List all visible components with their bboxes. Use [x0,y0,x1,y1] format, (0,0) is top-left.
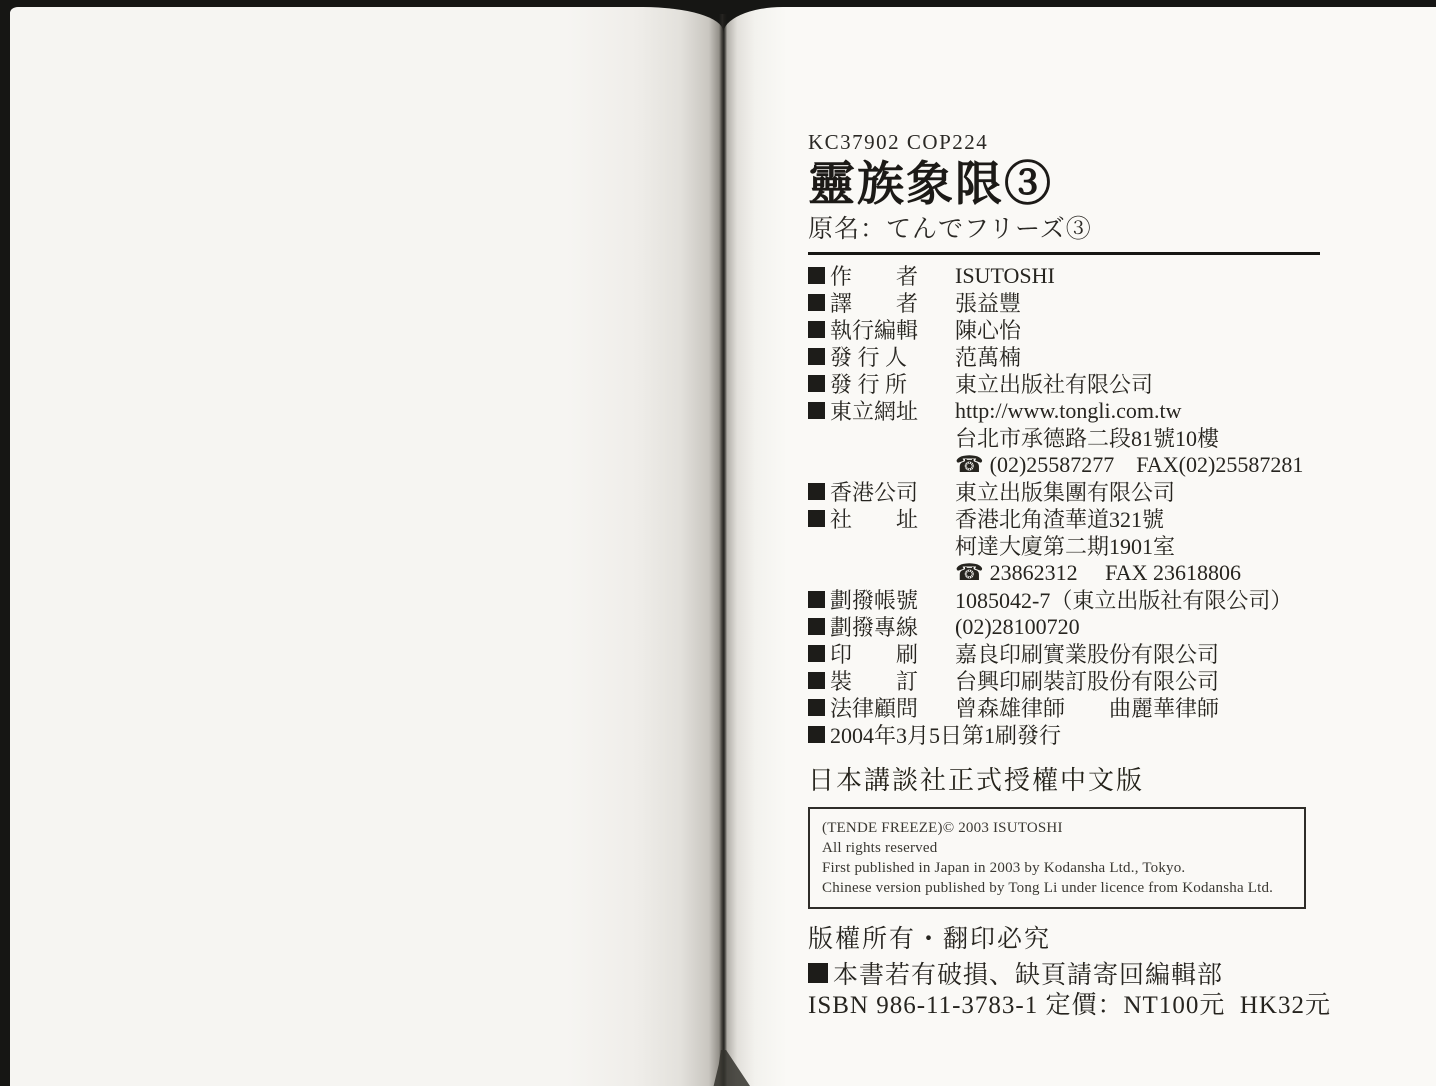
bullet-square-icon [808,294,825,311]
copyright-line: (TENDE FREEZE)© 2003 ISUTOSHI [822,818,1292,838]
row-hk-phone: ☎ 23862312 FAX 23618806 [808,559,1353,586]
row-value: 23862312 FAX 23618806 [990,560,1241,586]
catalog-code: KC37902 COP224 [808,129,1353,155]
row-taipei-address: 台北市承德路二段81號10樓 [808,424,1353,451]
copyright-box: (TENDE FREEZE)© 2003 ISUTOSHI All rights… [808,807,1306,909]
isbn-price-line: ISBN 986-11-3783-1 定價：NT100元 HK32元 [808,989,1353,1022]
row-publisher-person: 發 行 人 范萬楠 [808,343,1353,370]
bullet-square-icon [808,963,828,983]
left-blank-page [10,7,723,1086]
row-legal-advisors: 法律顧問 曾森雄律師 曲麗華律師 [808,694,1353,721]
bullet-square-icon [808,672,825,689]
bullet-square-icon [808,402,825,419]
bullet-square-icon [808,483,825,500]
row-hongkong-company: 香港公司 東立出版集團有限公司 [808,478,1353,505]
bullet-square-icon [808,591,825,608]
bullet-square-icon [808,618,825,635]
row-value: (02)25587277 FAX(02)25587281 [990,452,1304,478]
damage-note-text: 本書若有破損、缺頁請寄回編輯部 [833,955,1223,991]
copyright-line: Chinese version published by Tong Li und… [822,878,1292,898]
row-print-date: 2004年3月5日第1刷發行 [808,721,1353,748]
row-label: 東立網址 [830,395,955,426]
rights-statement: 版權所有・翻印必究 [808,923,1353,956]
row-hk-address-2: 柯達大廈第二期1901室 [808,532,1353,559]
bullet-square-icon [808,726,825,743]
row-value: 2004年3月5日第1刷發行 [830,719,1061,750]
bullet-square-icon [808,699,825,716]
row-label: 社 址 [830,503,955,534]
row-executive-editor: 執行編輯 陳心怡 [808,316,1353,343]
row-value: 台北市承德路二段81號10樓 [955,422,1219,453]
copyright-line: All rights reserved [822,838,1292,858]
title-divider [808,252,1320,255]
bullet-square-icon [808,321,825,338]
row-value: 東立出版社有限公司 [955,368,1153,399]
license-heading: 日本講談社正式授權中文版 [808,764,1353,798]
telephone-icon: ☎ [955,452,984,478]
row-taipei-phone: ☎ (02)25587277 FAX(02)25587281 [808,451,1353,478]
row-value: ISUTOSHI [955,263,1055,289]
row-printer: 印 刷 嘉良印刷實業股份有限公司 [808,640,1353,667]
row-translator: 譯 者 張益豐 [808,289,1353,316]
row-website: 東立網址 http://www.tongli.com.tw [808,397,1353,424]
colophon-rows: 作 者 ISUTOSHI 譯 者 張益豐 執行編輯 陳心怡 發 行 人 范萬楠 … [808,262,1353,748]
bullet-square-icon [808,645,825,662]
damage-return-note: 本書若有破損、缺頁請寄回編輯部 [808,956,1353,989]
row-value: 1085042-7（東立出版社有限公司） [955,584,1292,615]
row-publishing-house: 發 行 所 東立出版社有限公司 [808,370,1353,397]
right-colophon-page: KC37902 COP224 靈族象限③ 原名：てんでフリーズ③ 作 者 ISU… [723,7,1436,1086]
row-author: 作 者 ISUTOSHI [808,262,1353,289]
telephone-icon: ☎ [955,560,984,586]
book-title: 靈族象限③ [808,157,1353,213]
bullet-square-icon [808,267,825,284]
row-value: 柯達大廈第二期1901室 [955,530,1175,561]
row-postal-account: 劃撥帳號 1085042-7（東立出版社有限公司） [808,586,1353,613]
colophon-content: KC37902 COP224 靈族象限③ 原名：てんでフリーズ③ 作 者 ISU… [808,129,1353,1022]
row-value: http://www.tongli.com.tw [955,398,1182,424]
row-binding: 裝 訂 台興印刷裝訂股份有限公司 [808,667,1353,694]
bullet-square-icon [808,375,825,392]
bullet-square-icon [808,348,825,365]
copyright-line: First published in Japan in 2003 by Koda… [822,858,1292,878]
row-value: (02)28100720 [955,614,1080,640]
original-title: 原名：てんでフリーズ③ [808,213,1353,246]
row-hk-address: 社 址 香港北角渣華道321號 [808,505,1353,532]
row-postal-hotline: 劃撥專線 (02)28100720 [808,613,1353,640]
bullet-square-icon [808,510,825,527]
book-gutter [719,14,727,1086]
